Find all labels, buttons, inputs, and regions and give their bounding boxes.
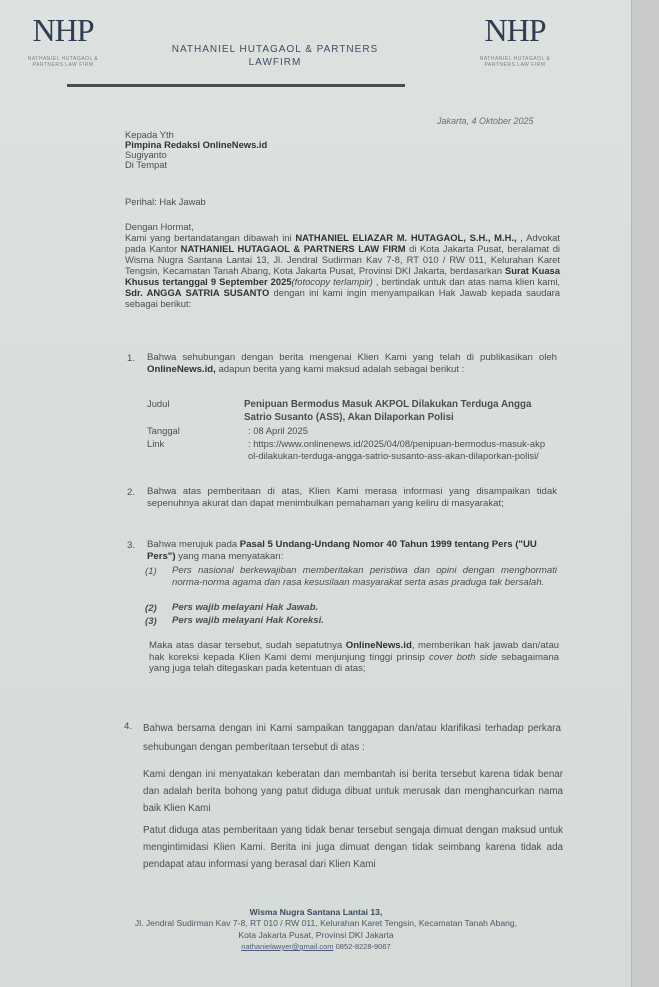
subpoint-text: Pers wajib melayani Hak Jawab.: [172, 602, 318, 614]
text-span: , bertindak untuk dan atas nama klien ka…: [373, 276, 560, 287]
text-span: Kami yang bertandatangan dibawah ini: [125, 232, 295, 243]
point-4-text: Bahwa bersama dengan ini Kami sampaikan …: [143, 719, 561, 757]
recipient-block: Kepada Yth Pimpina Redaksi OnlineNews.id…: [125, 130, 267, 170]
logo-mark: NHP: [18, 14, 108, 46]
outlet-name: OnlineNews.id,: [147, 364, 216, 375]
article-title: Penipuan Bermodus Masuk AKPOL Dilakukan …: [244, 398, 559, 424]
point-number: 2.: [127, 487, 135, 498]
outlet-name: OnlineNews.id: [346, 640, 412, 651]
footer-email-link[interactable]: nathanielawyer@gmail.com: [241, 942, 333, 951]
footer-contact: nathanielawyer@gmail.com 0852-8228-9067: [0, 942, 632, 951]
text-span: Maka atas dasar tersebut, sudah sepatutn…: [149, 640, 346, 651]
footer-building: Wisma Nugra Santana Lantai 13,: [0, 907, 632, 917]
point-4-para-1: Kami dengan ini menyatakan keberatan dan…: [143, 766, 563, 817]
point-number: 1.: [127, 353, 135, 364]
logo-mark: NHP: [470, 14, 560, 46]
firm-header: NATHANIEL HUTAGAOL & PARTNERS LAWFIRM: [150, 43, 400, 69]
subpoint-number: (3): [145, 616, 157, 627]
text-span: (fotocopy terlampir): [292, 276, 373, 287]
letter-date: Jakarta, 4 Oktober 2025: [437, 116, 534, 126]
greeting: Dengan Hormat,: [125, 221, 560, 232]
footer-building-text: Wisma Nugra Santana Lantai 13,: [250, 907, 383, 917]
footer-address-2: Kota Jakarta Pusat, Provinsi DKI Jakarta: [0, 930, 632, 940]
subpoint-text: Pers wajib melayani Hak Koreksi.: [172, 615, 324, 627]
firm-type: LAWFIRM: [150, 56, 400, 69]
point-4-para-2: Patut diduga atas pemberitaan yang tidak…: [143, 822, 563, 873]
paper-edge-background: [631, 0, 659, 987]
field-label: Judul: [147, 398, 169, 409]
firm-name: NATHANIEL HUTAGAOL & PARTNERS: [150, 43, 400, 56]
point-3-text: Bahwa merujuk pada Pasal 5 Undang-Undang…: [147, 539, 557, 563]
logo-subtext: NATHANIEL HUTAGAOL & PARTNERS LAW FIRM: [18, 56, 108, 68]
field-label: Link: [147, 438, 164, 449]
subpoint-number: (1): [145, 566, 157, 577]
subject-line: Perihal: Hak Jawab: [125, 196, 206, 207]
text-span: Bahwa sehubungan dengan berita mengenai …: [147, 352, 557, 363]
opening-paragraph: Dengan Hormat, Kami yang bertandatangan …: [125, 221, 560, 309]
article-date: : 08 April 2025: [248, 425, 308, 436]
subpoint-number: (2): [145, 603, 157, 614]
firm-name-inline: NATHANIEL HUTAGAOL & PARTNERS LAW FIRM: [181, 243, 406, 254]
text-span: yang mana menyatakan:: [176, 551, 284, 562]
text-span: Bahwa merujuk pada: [147, 539, 240, 550]
letter-page: NHP NATHANIEL HUTAGAOL & PARTNERS LAW FI…: [0, 0, 632, 987]
logo-subtext: NATHANIEL HUTAGAOL & PARTNERS LAW FIRM: [470, 56, 560, 68]
client-name: Sdr. ANGGA SATRIA SUSANTO: [125, 287, 269, 298]
footer-phone: 0852-8228-9067: [336, 942, 391, 951]
point-3-conclusion: Maka atas dasar tersebut, sudah sepatutn…: [149, 640, 559, 675]
point-1-text: Bahwa sehubungan dengan berita mengenai …: [147, 352, 557, 375]
logo-left: NHP NATHANIEL HUTAGAOL & PARTNERS LAW FI…: [18, 14, 108, 68]
advocate-name: NATHANIEL ELIAZAR M. HUTAGAOL, S.H., M.H…: [295, 232, 516, 243]
footer-address-1: Jl. Jendral Sudirman Kav 7-8, RT 010 / R…: [10, 918, 642, 928]
text-span: cover both side: [429, 652, 497, 663]
logo-right: NHP NATHANIEL HUTAGAOL & PARTNERS LAW FI…: [470, 14, 560, 68]
text-span: adapun berita yang kami maksud adalah se…: [216, 364, 465, 375]
recipient-line: Di Tempat: [125, 160, 267, 170]
point-number: 3.: [127, 540, 135, 551]
field-label: Tanggal: [147, 425, 180, 436]
point-2-text: Bahwa atas pemberitaan di atas, Klien Ka…: [147, 486, 557, 510]
point-number: 4.: [124, 721, 132, 732]
subpoint-text: Pers nasional berkewajiban memberitakan …: [172, 565, 557, 588]
header-divider: [67, 84, 405, 87]
article-link[interactable]: : https://www.onlinenews.id/2025/04/08/p…: [248, 438, 548, 462]
